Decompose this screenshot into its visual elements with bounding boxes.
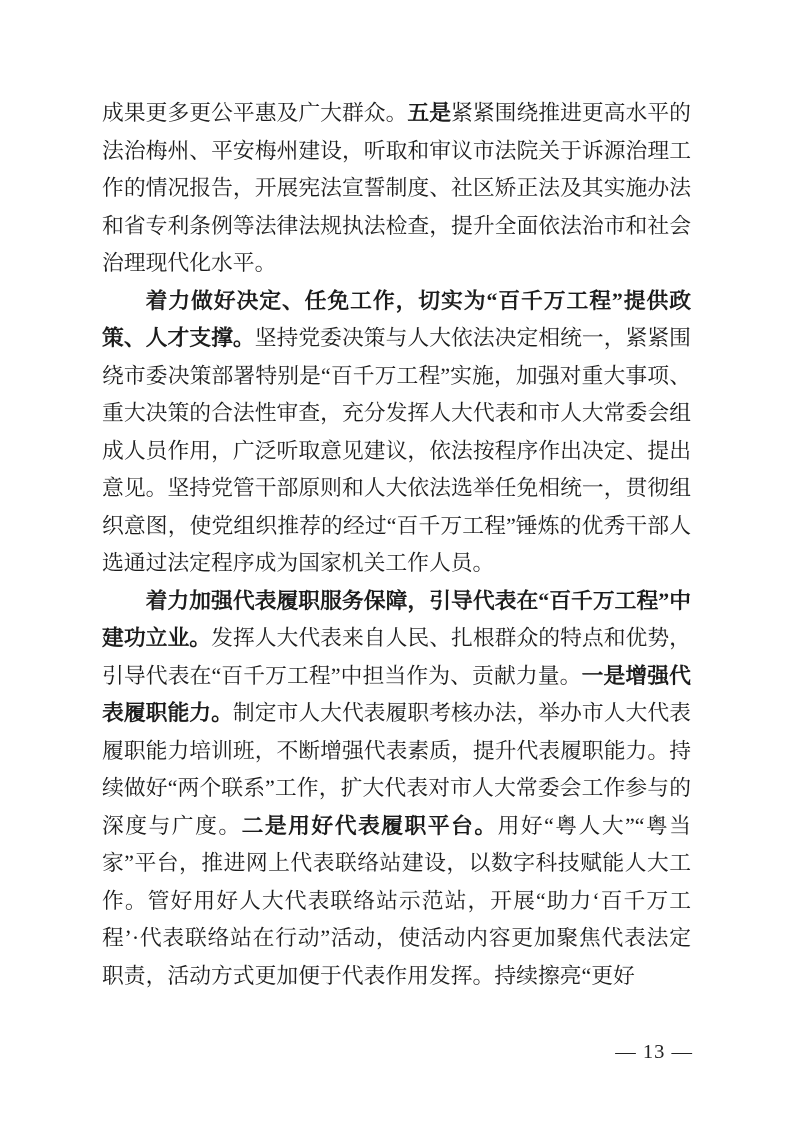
paragraph-2: 着力做好决定、任免工作，切实为“百千万工程”提供政策、人才支撑。坚持党委决策与人…: [102, 283, 691, 583]
page-number: — 13 —: [615, 1041, 693, 1063]
page-footer: — 13 —: [615, 1040, 693, 1064]
paragraph-1: 成果更多更公平惠及广大群众。五是紧紧围绕推进更高水平的法治梅州、平安梅州建设，听…: [102, 95, 691, 283]
text-run: 坚持党委决策与人大依法决定相统一，紧紧围绕市委决策部署特别是“百千万工程”实施，…: [102, 326, 691, 575]
text-run: 成果更多更公平惠及广大群众。: [102, 101, 407, 125]
text-run-bold: 五是: [407, 101, 451, 125]
text-run-bold: 二是用好代表履职平台。: [242, 814, 498, 838]
text-run: 用好“粤人大”“粤当家”平台，推进网上代表联络站建设，以数字科技赋能人大工作。管…: [102, 814, 691, 988]
paragraph-3: 着力加强代表履职服务保障，引导代表在“百千万工程”中建功立业。发挥人大代表来自人…: [102, 583, 691, 996]
document-page: 成果更多更公平惠及广大群众。五是紧紧围绕推进更高水平的法治梅州、平安梅州建设，听…: [0, 0, 793, 1122]
text-run: 紧紧围绕推进更高水平的法治梅州、平安梅州建设，听取和审议市法院关于诉源治理工作的…: [102, 101, 691, 275]
document-body: 成果更多更公平惠及广大群众。五是紧紧围绕推进更高水平的法治梅州、平安梅州建设，听…: [102, 95, 691, 995]
